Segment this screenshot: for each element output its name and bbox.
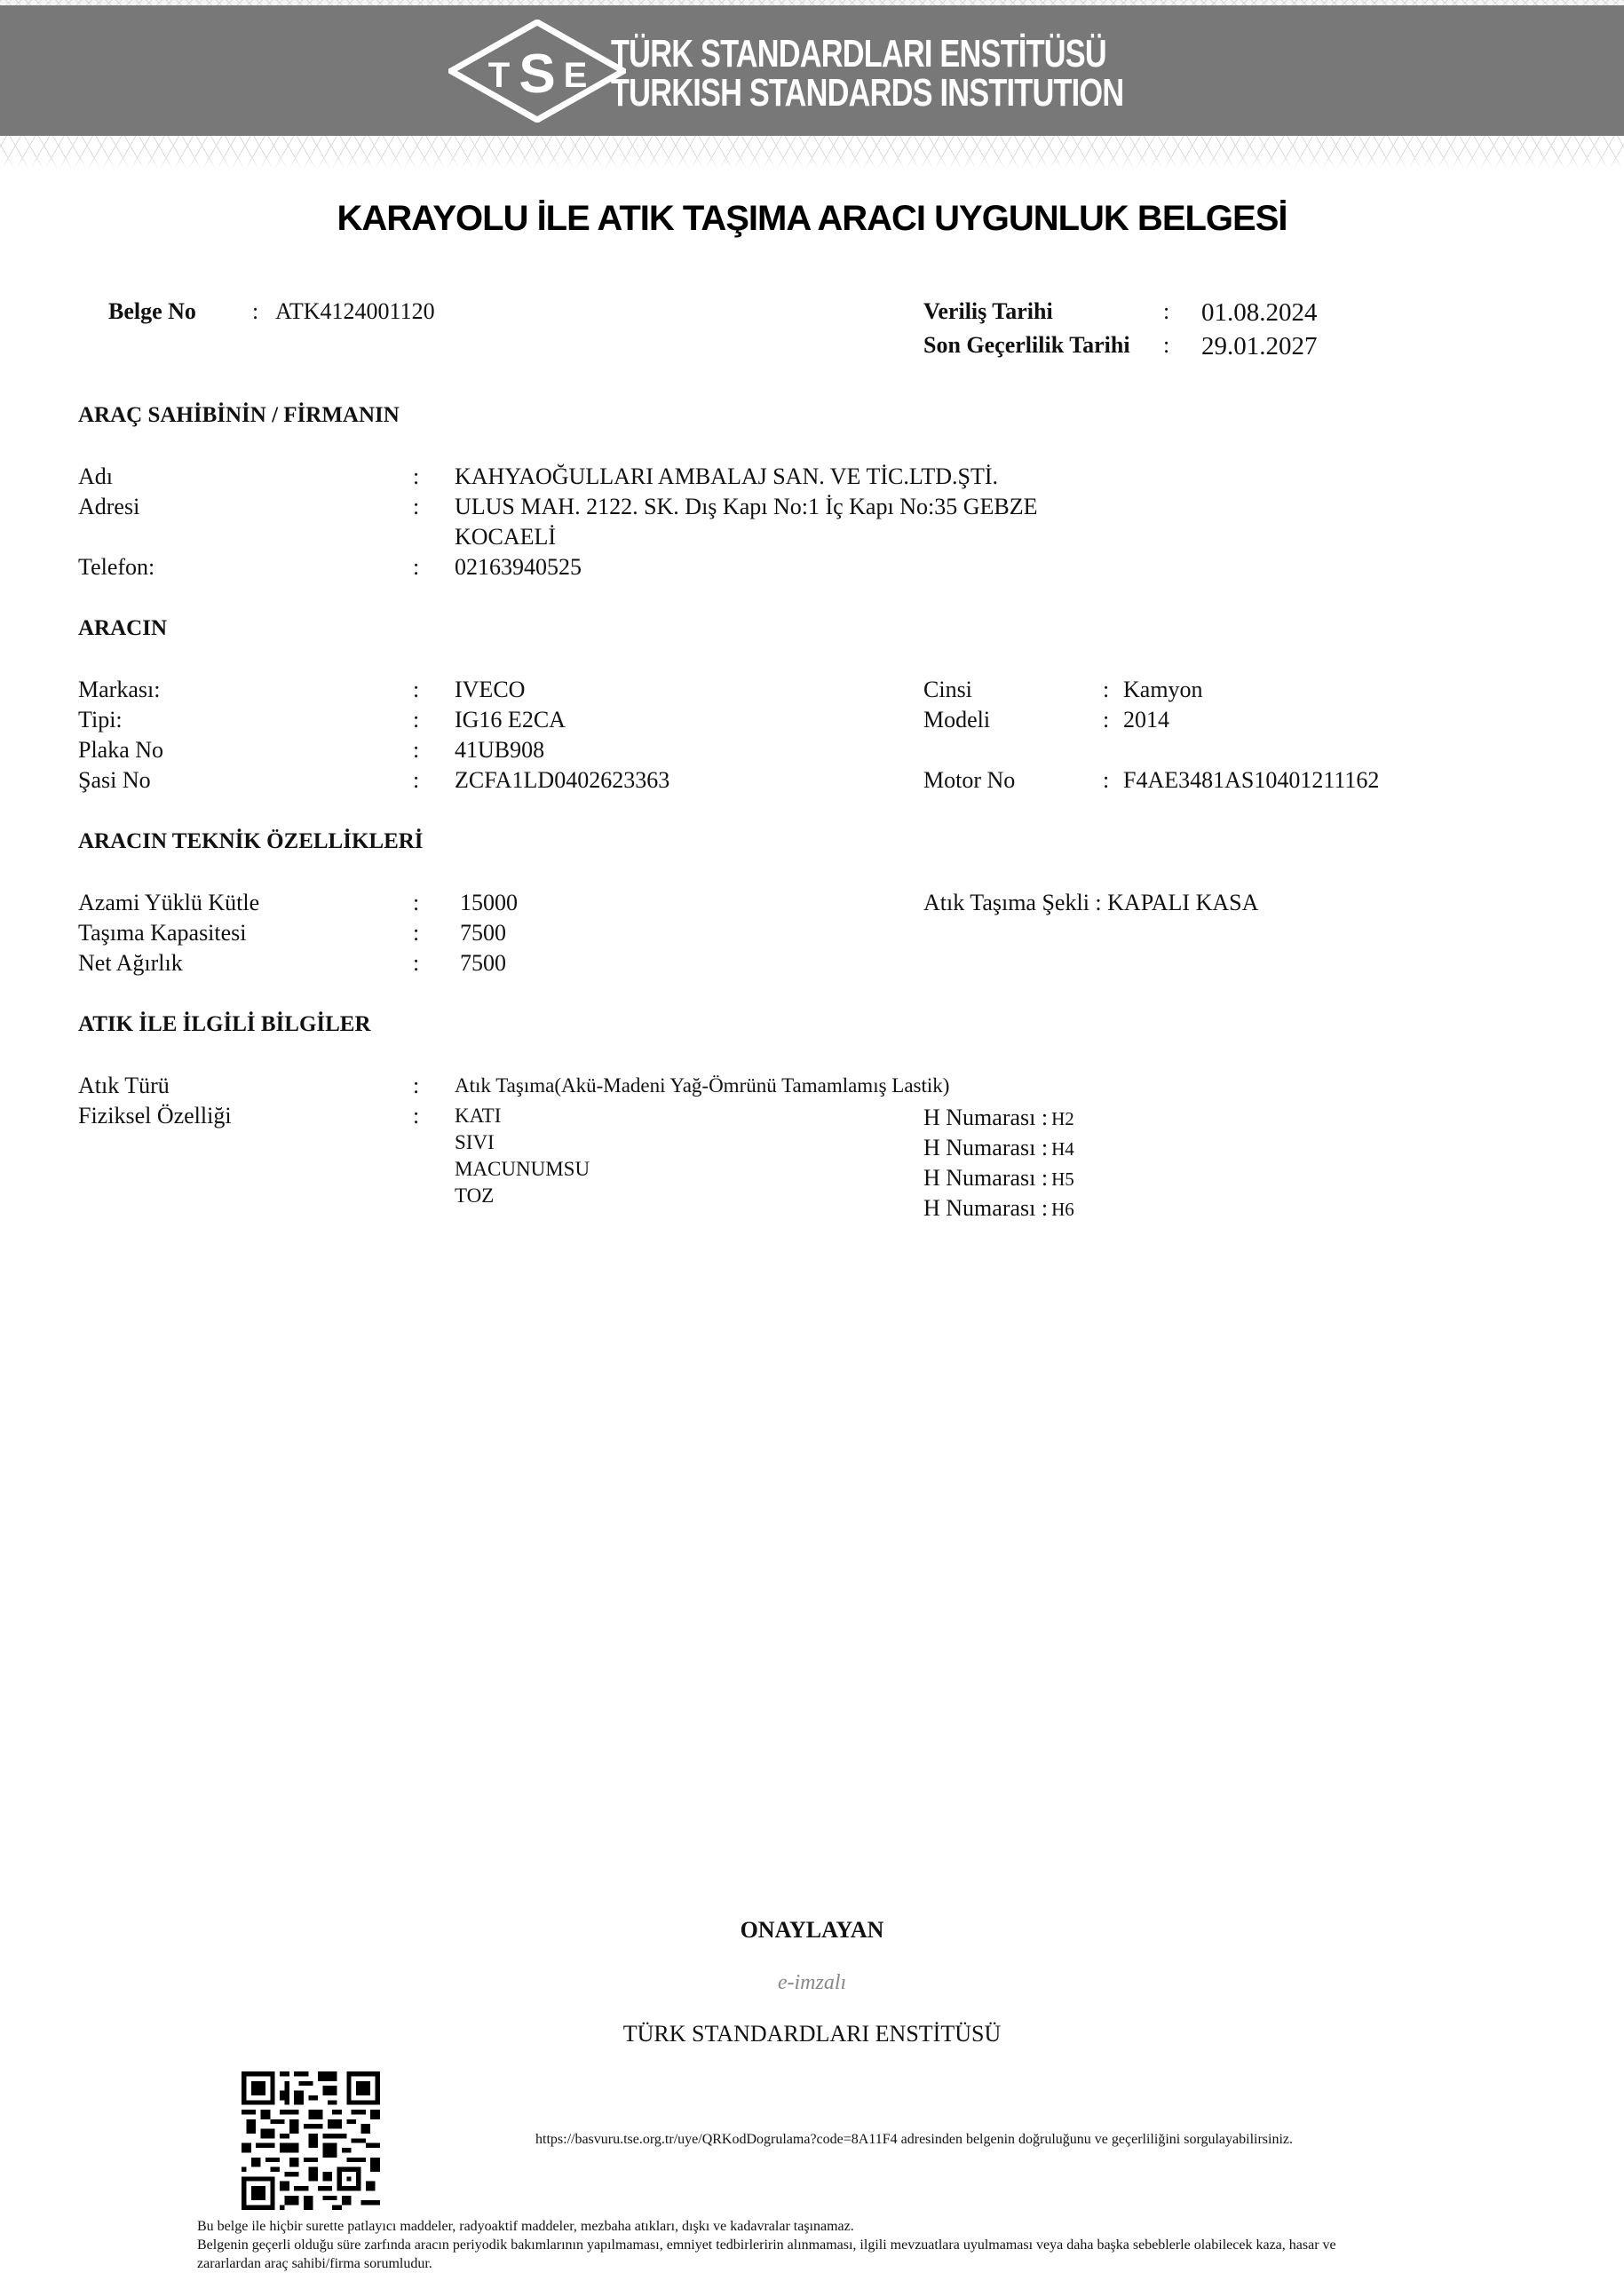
vehicle-tip-label: Tipi: <box>78 707 123 733</box>
separator: : <box>252 298 258 325</box>
separator: : <box>413 494 419 520</box>
waste-fiziksel-value: SIVI <box>455 1131 495 1154</box>
vehicle-motor-value: F4AE3481AS10401211162 <box>1123 767 1379 794</box>
separator: : <box>413 554 419 581</box>
vehicle-sasi-label: Şasi No <box>78 767 151 794</box>
owner-phone-value: 02163940525 <box>455 554 582 581</box>
svg-text:S: S <box>519 44 555 105</box>
belge-no-value: ATK4124001120 <box>275 298 435 325</box>
vehicle-model-value: 2014 <box>1123 707 1169 733</box>
vehicle-motor-label: Motor No <box>923 767 1015 794</box>
tse-logo-icon: T S E <box>448 20 626 123</box>
h-number-label: H Numarası : <box>923 1105 1048 1130</box>
tech-tasima-sekli: Atık Taşıma Şekli : KAPALI KASA <box>923 890 1258 916</box>
waste-tur-label: Atık Türü <box>78 1073 170 1099</box>
section-vehicle-title: ARACIN <box>78 616 167 641</box>
vehicle-model-label: Modeli <box>923 707 990 733</box>
h-number-label: H Numarası : <box>923 1165 1048 1191</box>
institution-name-tr: TÜRK STANDARDLARI ENSTİTÜSÜ <box>611 32 1106 76</box>
separator: : <box>1103 767 1109 794</box>
separator: : <box>1163 332 1169 359</box>
vehicle-marka-value: IVECO <box>455 677 525 703</box>
tech-kapasite-value: 7500 <box>460 920 506 946</box>
footnote-line1: Bu belge ile hiçbir surette patlayıcı ma… <box>197 2217 854 2236</box>
document-title: KARAYOLU İLE ATIK TAŞIMA ARACI UYGUNLUK … <box>0 199 1624 239</box>
separator: : <box>413 463 419 490</box>
verilis-tarihi-label: Veriliş Tarihi <box>923 298 1053 325</box>
approval-title: ONAYLAYAN <box>0 1917 1624 1944</box>
section-owner-title: ARAÇ SAHİBİNİN / FİRMANIN <box>78 403 400 428</box>
separator: : <box>1103 677 1109 703</box>
separator: : <box>413 1073 419 1099</box>
belge-no-label: Belge No <box>108 298 196 325</box>
owner-address-label: Adresi <box>78 494 139 520</box>
owner-phone-label: Telefon: <box>78 554 154 581</box>
footnote-line3: zararlardan araç sahibi/firma sorumludur… <box>197 2254 432 2273</box>
h-number-label: H Numarası : <box>923 1195 1048 1221</box>
vehicle-marka-label: Markası: <box>78 677 160 703</box>
separator: : <box>413 707 419 733</box>
vehicle-cins-value: Kamyon <box>1123 677 1203 703</box>
waste-fiziksel-label: Fiziksel Özelliği <box>78 1103 232 1129</box>
tech-net-label: Net Ağırlık <box>78 950 183 977</box>
vehicle-sasi-value: ZCFA1LD0402623363 <box>455 767 669 794</box>
vehicle-plaka-value: 41UB908 <box>455 737 544 764</box>
verification-link[interactable]: https://basvuru.tse.org.tr/uye/QRKodDogr… <box>535 2132 1293 2148</box>
lattice-fade <box>0 155 1624 170</box>
svg-text:E: E <box>564 56 588 95</box>
section-technical-title: ARACIN TEKNİK ÖZELLİKLERİ <box>78 829 424 854</box>
owner-address-line1: ULUS MAH. 2122. SK. Dış Kapı No:1 İç Kap… <box>455 494 1037 520</box>
qr-code-icon[interactable] <box>242 2071 380 2210</box>
owner-name-label: Adı <box>78 463 113 490</box>
separator: : <box>413 890 419 916</box>
tech-azami-label: Azami Yüklü Kütle <box>78 890 259 916</box>
tech-azami-value: 15000 <box>460 890 518 916</box>
svg-text:T: T <box>488 56 510 95</box>
h-number-row: H Numarası : H5 <box>923 1165 1074 1192</box>
gecerlilik-tarihi-value: 29.01.2027 <box>1201 332 1318 361</box>
waste-fiziksel-value: TOZ <box>455 1184 494 1208</box>
h-number-value: H5 <box>1051 1168 1074 1190</box>
h-number-row: H Numarası : H4 <box>923 1135 1074 1161</box>
waste-fiziksel-value: KATI <box>455 1105 501 1128</box>
tech-net-value: 7500 <box>460 950 506 977</box>
gecerlilik-tarihi-label: Son Geçerlilik Tarihi <box>923 332 1130 359</box>
h-number-value: H4 <box>1051 1138 1074 1160</box>
separator: : <box>413 920 419 946</box>
vehicle-cins-label: Cinsi <box>923 677 972 703</box>
tech-kapasite-label: Taşıma Kapasitesi <box>78 920 247 946</box>
e-signature-label: e-imzalı <box>0 1971 1624 1995</box>
separator: : <box>1163 298 1169 325</box>
owner-name-value: KAHYAOĞULLARI AMBALAJ SAN. VE TİC.LTD.ŞT… <box>455 463 998 490</box>
separator: : <box>413 767 419 794</box>
owner-address-line2: KOCAELİ <box>455 524 556 550</box>
h-number-value: H6 <box>1051 1199 1074 1220</box>
waste-tur-value: Atık Taşıma(Akü-Madeni Yağ-Ömrünü Tamaml… <box>455 1074 949 1097</box>
section-waste-title: ATIK İLE İLGİLİ BİLGİLER <box>78 1012 371 1037</box>
separator: : <box>413 950 419 977</box>
h-number-row: H Numarası : H6 <box>923 1195 1074 1222</box>
verilis-tarihi-value: 01.08.2024 <box>1201 298 1318 328</box>
waste-fiziksel-value: MACUNUMSU <box>455 1158 590 1181</box>
vehicle-plaka-label: Plaka No <box>78 737 163 764</box>
institution-name-en: TURKISH STANDARDS INSTITUTION <box>611 71 1123 115</box>
separator: : <box>413 737 419 764</box>
h-number-row: H Numarası : H2 <box>923 1105 1074 1131</box>
separator: : <box>413 677 419 703</box>
approval-institution: TÜRK STANDARDLARI ENSTİTÜSÜ <box>0 2021 1624 2047</box>
vehicle-tip-value: IG16 E2CA <box>455 707 566 733</box>
h-number-label: H Numarası : <box>923 1135 1048 1160</box>
footnote-line2: Belgenin geçerli olduğu süre zarfında ar… <box>197 2236 1336 2254</box>
h-number-value: H2 <box>1051 1108 1074 1129</box>
separator: : <box>1103 707 1109 733</box>
separator: : <box>413 1103 419 1129</box>
